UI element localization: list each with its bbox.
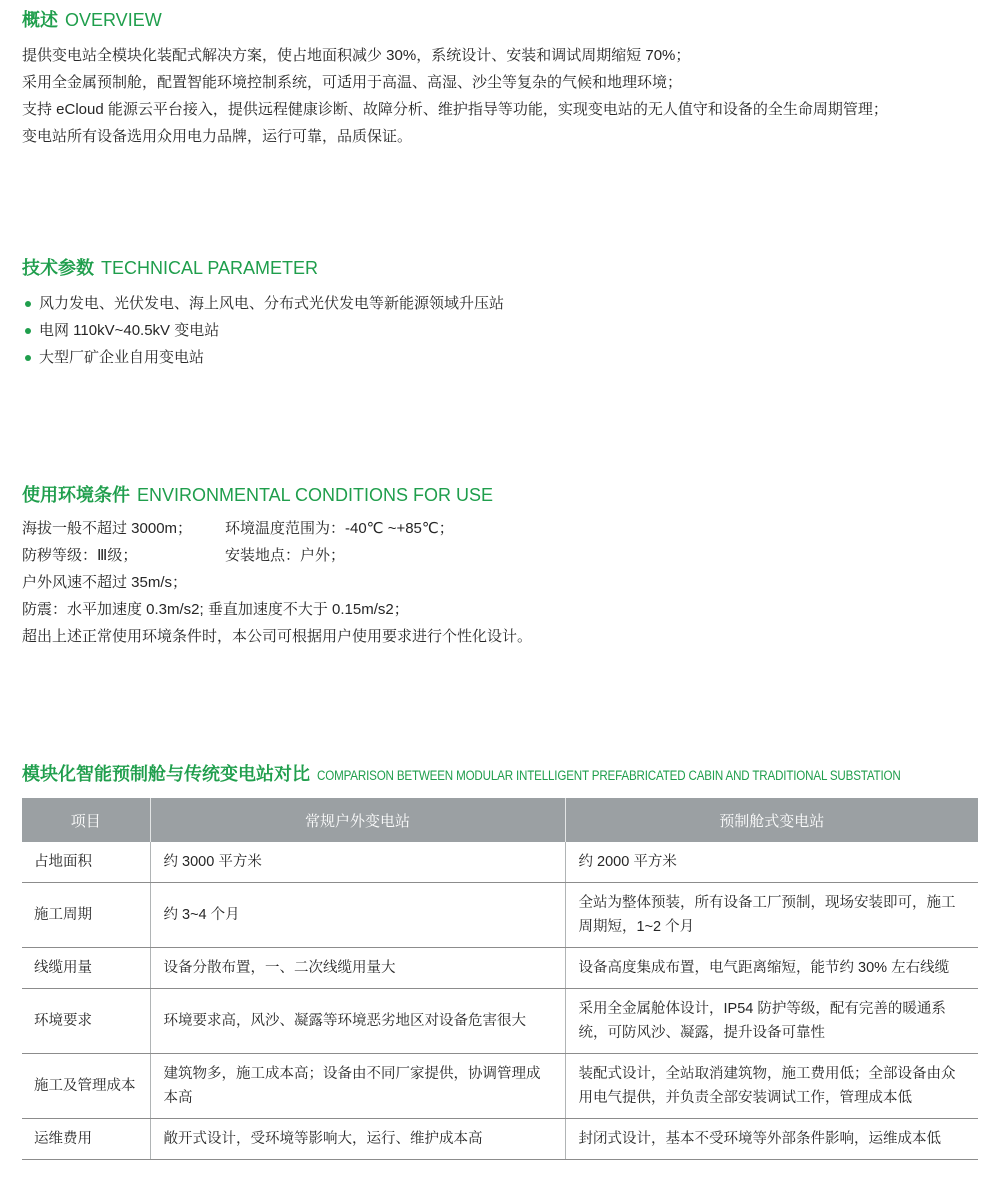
technical-heading-zh: 技术参数: [22, 258, 94, 278]
bullet-icon: [25, 328, 31, 334]
bullet-text: 风力发电、光伏发电、海上风电、分布式光伏发电等新能源领域升压站: [39, 290, 504, 317]
environment-line: 超出上述正常使用环境条件时，本公司可根据用户使用要求进行个性化设计。: [22, 623, 978, 650]
environment-condition: 海拔一般不超过 3000m；: [22, 515, 225, 542]
table-row: 线缆用量 设备分散布置，一、二次线缆用量大 设备高度集成布置，电气距离缩短，能节…: [22, 948, 978, 989]
overview-heading-zh: 概述: [22, 10, 58, 30]
environment-line: 防震：水平加速度 0.3m/s2; 垂直加速度不大于 0.15m/s2；: [22, 596, 978, 623]
bullet-text: 大型厂矿企业自用变电站: [39, 344, 204, 371]
overview-line: 采用全金属预制舱，配置智能环境控制系统，可适用于高温、高湿、沙尘等复杂的气候和地…: [22, 69, 978, 96]
datasheet-page: 概述OVERVIEW 提供变电站全模块化装配式解决方案，使占地面积减少 30%，…: [0, 0, 1000, 1160]
overview-paragraph: 提供变电站全模块化装配式解决方案，使占地面积减少 30%，系统设计、安装和调试周…: [22, 42, 978, 150]
comparison-heading-zh: 模块化智能预制舱与传统变电站对比: [22, 764, 310, 784]
environment-condition: 防秽等级：Ⅲ级；: [22, 542, 225, 569]
environment-line: 户外风速不超过 35m/s；: [22, 569, 978, 596]
list-item: 电网 110kV~40.5kV 变电站: [22, 317, 978, 344]
cell-prefabricated: 设备高度集成布置，电气距离缩短，能节约 30% 左右线缆: [565, 948, 978, 989]
table-row: 环境要求 环境要求高，风沙、凝露等环境恶劣地区对设备危害很大 采用全金属舱体设计…: [22, 989, 978, 1054]
comparison-table-header: 项目 常规户外变电站 预制舱式变电站: [22, 798, 978, 842]
cell-conventional: 设备分散布置，一、二次线缆用量大: [150, 948, 565, 989]
row-label: 环境要求: [22, 989, 150, 1054]
table-row: 占地面积 约 3000 平方米 约 2000 平方米: [22, 842, 978, 883]
comparison-table: 项目 常规户外变电站 预制舱式变电站 占地面积 约 3000 平方米 约 200…: [22, 798, 978, 1160]
column-header-conventional: 常规户外变电站: [150, 798, 565, 842]
list-item: 风力发电、光伏发电、海上风电、分布式光伏发电等新能源领域升压站: [22, 290, 978, 317]
row-label: 施工周期: [22, 883, 150, 948]
bullet-text: 电网 110kV~40.5kV 变电站: [39, 317, 219, 344]
row-label: 线缆用量: [22, 948, 150, 989]
comparison-table-body: 占地面积 约 3000 平方米 约 2000 平方米 施工周期 约 3~4 个月…: [22, 842, 978, 1160]
cell-conventional: 约 3000 平方米: [150, 842, 565, 883]
row-label: 施工及管理成本: [22, 1054, 150, 1119]
list-item: 大型厂矿企业自用变电站: [22, 344, 978, 371]
cell-conventional: 环境要求高，风沙、凝露等环境恶劣地区对设备危害很大: [150, 989, 565, 1054]
cell-conventional: 敞开式设计，受环境等影响大，运行、维护成本高: [150, 1119, 565, 1160]
table-row: 施工周期 约 3~4 个月 全站为整体预装，所有设备工厂预制，现场安装即可，施工…: [22, 883, 978, 948]
environment-heading-en: ENVIRONMENTAL CONDITIONS FOR USE: [137, 485, 493, 505]
cell-prefabricated: 约 2000 平方米: [565, 842, 978, 883]
environment-line: 海拔一般不超过 3000m；环境温度范围为：-40℃ ~+85℃；: [22, 515, 978, 542]
column-header-prefabricated: 预制舱式变电站: [565, 798, 978, 842]
overview-line: 支持 eCloud 能源云平台接入，提供远程健康诊断、故障分析、维护指导等功能，…: [22, 96, 978, 123]
table-header-row: 项目 常规户外变电站 预制舱式变电站: [22, 798, 978, 842]
environment-heading-zh: 使用环境条件: [22, 485, 130, 505]
environment-condition: 环境温度范围为：-40℃ ~+85℃；: [225, 520, 454, 537]
overview-section: 概述OVERVIEW 提供变电站全模块化装配式解决方案，使占地面积减少 30%，…: [22, 8, 978, 150]
bullet-icon: [25, 301, 31, 307]
cell-conventional: 约 3~4 个月: [150, 883, 565, 948]
comparison-heading: 模块化智能预制舱与传统变电站对比COMPARISON BETWEEN MODUL…: [22, 762, 978, 788]
technical-bullet-list: 风力发电、光伏发电、海上风电、分布式光伏发电等新能源领域升压站 电网 110kV…: [22, 290, 978, 371]
bullet-icon: [25, 355, 31, 361]
cell-conventional: 建筑物多，施工成本高；设备由不同厂家提供，协调管理成本高: [150, 1054, 565, 1119]
comparison-heading-en: COMPARISON BETWEEN MODULAR INTELLIGENT P…: [317, 764, 901, 788]
environment-line: 防秽等级：Ⅲ级；安装地点：户外；: [22, 542, 978, 569]
environmental-conditions-section: 使用环境条件ENVIRONMENTAL CONDITIONS FOR USE 海…: [22, 483, 978, 650]
cell-prefabricated: 装配式设计，全站取消建筑物，施工费用低；全部设备由众用电气提供，并负责全部安装调…: [565, 1054, 978, 1119]
comparison-section: 模块化智能预制舱与传统变电站对比COMPARISON BETWEEN MODUL…: [22, 762, 978, 1160]
technical-parameter-section: 技术参数TECHNICAL PARAMETER 风力发电、光伏发电、海上风电、分…: [22, 256, 978, 371]
environment-heading: 使用环境条件ENVIRONMENTAL CONDITIONS FOR USE: [22, 483, 978, 507]
overview-line: 变电站所有设备选用众用电力品牌，运行可靠，品质保证。: [22, 123, 978, 150]
technical-heading-en: TECHNICAL PARAMETER: [101, 258, 318, 278]
cell-prefabricated: 全站为整体预装，所有设备工厂预制，现场安装即可，施工周期短，1~2 个月: [565, 883, 978, 948]
environment-condition: 安装地点：户外；: [225, 547, 345, 564]
column-header-item: 项目: [22, 798, 150, 842]
technical-heading: 技术参数TECHNICAL PARAMETER: [22, 256, 978, 280]
cell-prefabricated: 采用全金属舱体设计，IP54 防护等级，配有完善的暖通系统，可防风沙、凝露，提升…: [565, 989, 978, 1054]
row-label: 占地面积: [22, 842, 150, 883]
overview-line: 提供变电站全模块化装配式解决方案，使占地面积减少 30%，系统设计、安装和调试周…: [22, 42, 978, 69]
row-label: 运维费用: [22, 1119, 150, 1160]
overview-heading: 概述OVERVIEW: [22, 8, 978, 32]
table-row: 施工及管理成本 建筑物多，施工成本高；设备由不同厂家提供，协调管理成本高 装配式…: [22, 1054, 978, 1119]
cell-prefabricated: 封闭式设计，基本不受环境等外部条件影响，运维成本低: [565, 1119, 978, 1160]
overview-heading-en: OVERVIEW: [65, 10, 162, 30]
environment-conditions-text: 海拔一般不超过 3000m；环境温度范围为：-40℃ ~+85℃； 防秽等级：Ⅲ…: [22, 515, 978, 650]
table-row: 运维费用 敞开式设计，受环境等影响大，运行、维护成本高 封闭式设计，基本不受环境…: [22, 1119, 978, 1160]
